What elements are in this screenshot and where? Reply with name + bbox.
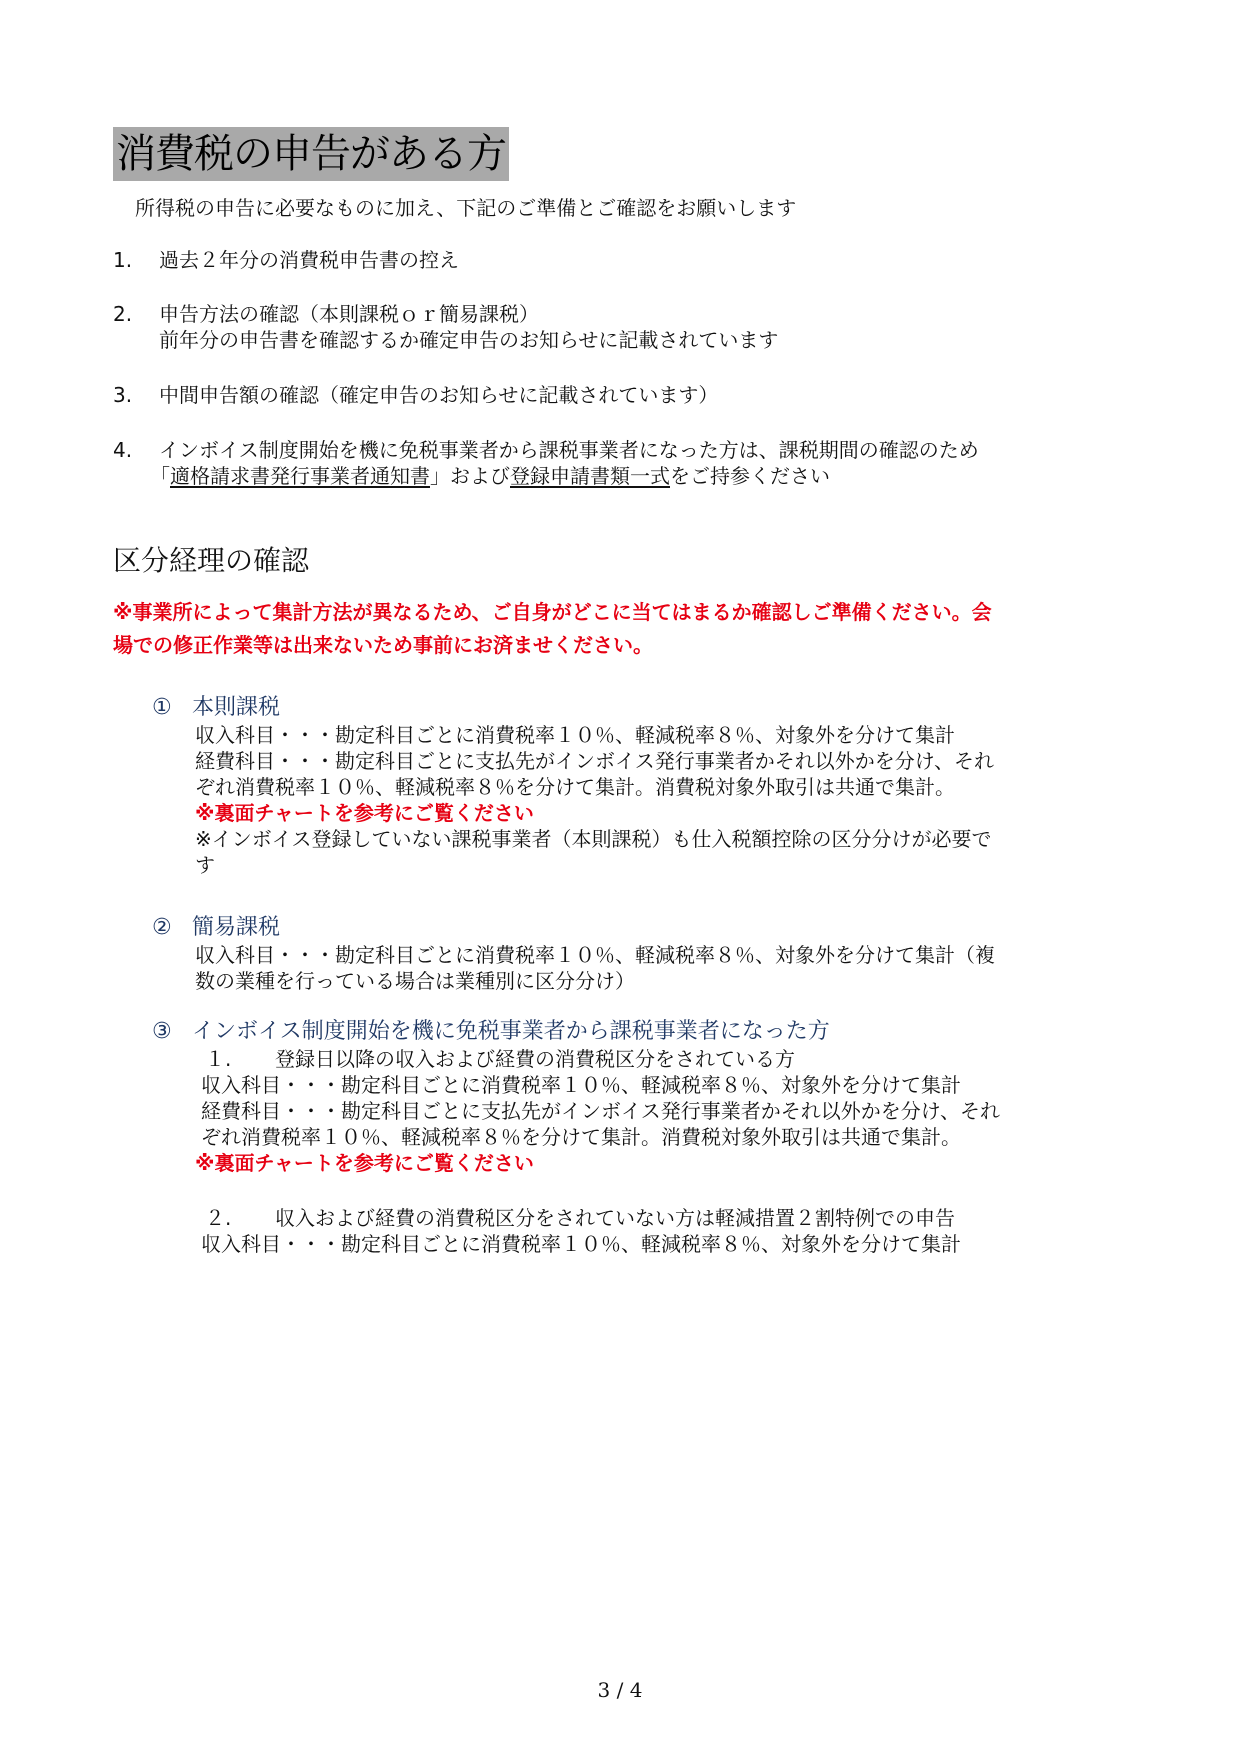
- body-line: 収入科目・・・勘定科目ごとに消費税率１０％、軽減税率８％、対象外を分けて集計: [195, 722, 955, 748]
- page-number: 3 / 4: [0, 1678, 1240, 1702]
- subsection-label: 本則課税: [192, 695, 280, 720]
- list-number: 1.: [113, 246, 159, 274]
- note-line: ※インボイス登録していない課税事業者（本則課税）も仕入税額控除の区分分けが必要で: [195, 826, 992, 852]
- case-number: ２.: [205, 1205, 275, 1231]
- checklist-item-4: 4.インボイス制度開始を機に免税事業者から課税事業者になった方は、課税期間の確認…: [113, 436, 979, 464]
- subsection-label: インボイス制度開始を機に免税事業者から課税事業者になった方: [192, 1019, 830, 1044]
- body-line: 数の業種を行っている場合は業種別に区分分け）: [195, 968, 635, 994]
- list-number: 4.: [113, 436, 159, 464]
- circled-number-2: ②: [152, 913, 192, 943]
- subsection-heading-simplified-taxation: ②簡易課税: [152, 913, 280, 943]
- circled-number-3: ③: [152, 1017, 192, 1047]
- list-text: 過去２年分の消費税申告書の控え: [159, 248, 459, 272]
- connector-text: 」および: [430, 464, 510, 488]
- document-page: 消費税の申告がある方 所得税の申告に必要なものに加え、下記のご準備とご確認をお願…: [0, 0, 1240, 1755]
- red-note: ※裏面チャートを参考にご覧ください: [195, 1150, 534, 1176]
- red-note: ※裏面チャートを参考にご覧ください: [195, 800, 534, 826]
- body-line: ぞれ消費税率１０％、軽減税率８％を分けて集計。消費税対象外取引は共通で集計。: [195, 774, 955, 800]
- checklist-item-2-continued: 前年分の申告書を確認するか確定申告のお知らせに記載されています: [159, 326, 778, 354]
- list-number: 3.: [113, 381, 159, 409]
- body-line: 収入科目・・・勘定科目ごとに消費税率１０％、軽減税率８％、対象外を分けて集計: [201, 1072, 961, 1098]
- list-text: 中間申告額の確認（確定申告のお知らせに記載されています）: [159, 383, 718, 407]
- body-line: ぞれ消費税率１０％、軽減税率８％を分けて集計。消費税対象外取引は共通で集計。: [201, 1124, 961, 1150]
- checklist-item-3: 3.中間申告額の確認（確定申告のお知らせに記載されています）: [113, 381, 718, 409]
- section-title: 区分経理の確認: [113, 543, 309, 579]
- required-doc-notice: 適格請求書発行事業者通知書: [170, 464, 430, 488]
- case-1-title: １.登録日以降の収入および経費の消費税区分をされている方: [205, 1046, 795, 1072]
- body-line: 収入科目・・・勘定科目ごとに消費税率１０％、軽減税率８％、対象外を分けて集計: [201, 1231, 961, 1257]
- case-number: １.: [205, 1046, 275, 1072]
- note-line: す: [195, 852, 215, 878]
- case-title: 収入および経費の消費税区分をされていない方は軽減措置２割特例での申告: [275, 1206, 955, 1230]
- subsection-heading-standard-taxation: ①本則課税: [152, 693, 280, 723]
- body-line: 収入科目・・・勘定科目ごとに消費税率１０％、軽減税率８％、対象外を分けて集計（複: [195, 942, 995, 968]
- list-text: 申告方法の確認（本則課税ｏｒ簡易課税）: [159, 302, 539, 326]
- list-number: 2.: [113, 300, 159, 328]
- tail-text: をご持参ください: [670, 464, 830, 488]
- subsection-label: 簡易課税: [192, 915, 280, 940]
- circled-number-1: ①: [152, 693, 192, 723]
- body-line: 経費科目・・・勘定科目ごとに支払先がインボイス発行事業者かそれ以外かを分け、それ: [195, 748, 994, 774]
- case-title: 登録日以降の収入および経費の消費税区分をされている方: [275, 1047, 795, 1071]
- checklist-item-1: 1.過去２年分の消費税申告書の控え: [113, 246, 459, 274]
- intro-text: 所得税の申告に必要なものに加え、下記のご準備とご確認をお願いします: [135, 194, 796, 222]
- list-text: インボイス制度開始を機に免税事業者から課税事業者になった方は、課税期間の確認のた…: [159, 438, 979, 462]
- subsection-heading-invoice-registrant: ③インボイス制度開始を機に免税事業者から課税事業者になった方: [152, 1017, 830, 1047]
- bracket-open: 「: [150, 464, 170, 488]
- checklist-item-4-continued: 「適格請求書発行事業者通知書」および登録申請書類一式をご持参ください: [150, 462, 830, 490]
- warning-line-2: 場での修正作業等は出来ないため事前にお済ませください。: [113, 631, 653, 659]
- body-line: 経費科目・・・勘定科目ごとに支払先がインボイス発行事業者かそれ以外かを分け、それ: [201, 1098, 1000, 1124]
- checklist-item-2: 2.申告方法の確認（本則課税ｏｒ簡易課税）: [113, 300, 539, 328]
- warning-line-1: ※事業所によって集計方法が異なるため、ご自身がどこに当てはまるか確認しご準備くだ…: [113, 598, 992, 626]
- required-doc-registration: 登録申請書類一式: [510, 464, 670, 488]
- page-title: 消費税の申告がある方: [113, 127, 509, 181]
- case-2-title: ２.収入および経費の消費税区分をされていない方は軽減措置２割特例での申告: [205, 1205, 955, 1231]
